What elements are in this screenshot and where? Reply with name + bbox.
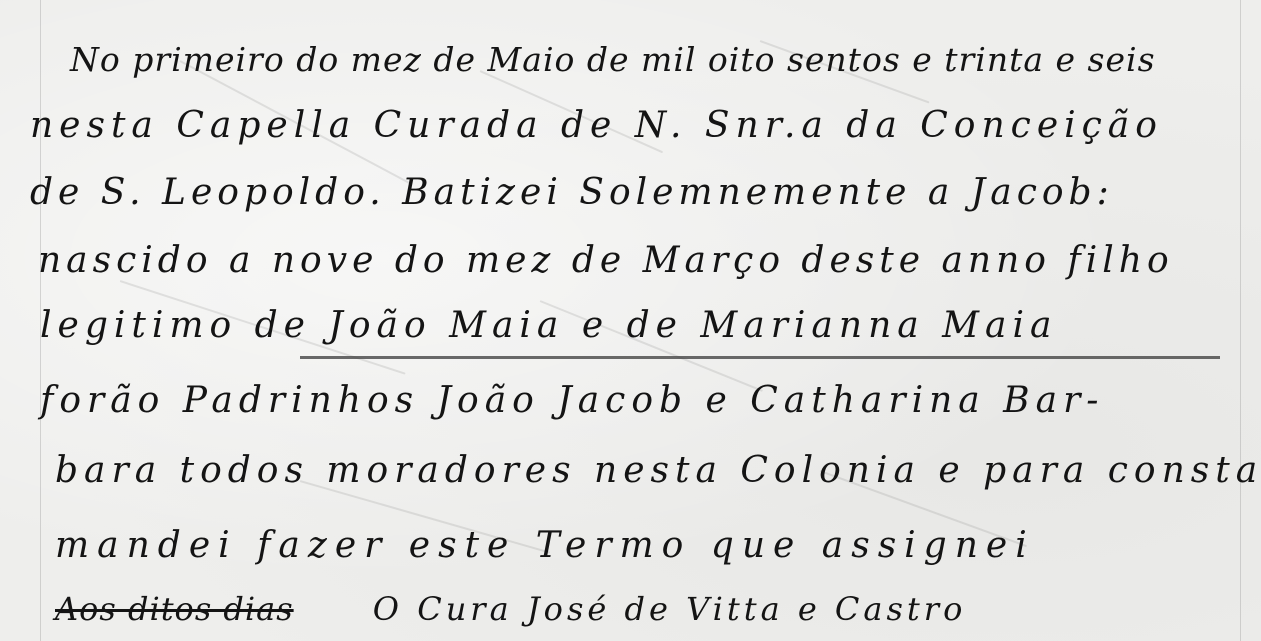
document-page: No primeiro do mez de Maio de mil oito s… xyxy=(0,0,1261,641)
record-line-2: nesta Capella Curada de N. Snr.a da Conc… xyxy=(30,105,1163,146)
struck-text: Aos ditos dias xyxy=(55,590,294,628)
record-line-5: legitimo de João Maia e de Marianna Maia xyxy=(40,305,1057,346)
record-line-7: bara todos moradores nesta Colonia e par… xyxy=(55,450,1261,491)
signature: O Cura José de Vitta e Castro xyxy=(373,590,967,628)
record-line-1: No primeiro do mez de Maio de mil oito s… xyxy=(70,40,1156,79)
record-line-8: mandei fazer este Termo que assignei xyxy=(55,525,1035,566)
record-line-6: forão Padrinhos João Jacob e Catharina B… xyxy=(40,380,1104,421)
record-line-3: de S. Leopoldo. Batizei Solemnemente a J… xyxy=(30,172,1114,213)
name-underline xyxy=(300,356,1220,359)
record-line-9: Aos ditos dias O Cura José de Vitta e Ca… xyxy=(55,590,984,628)
record-line-4: nascido a nove do mez de Março deste ann… xyxy=(38,240,1174,281)
right-margin-rule xyxy=(1240,0,1241,641)
